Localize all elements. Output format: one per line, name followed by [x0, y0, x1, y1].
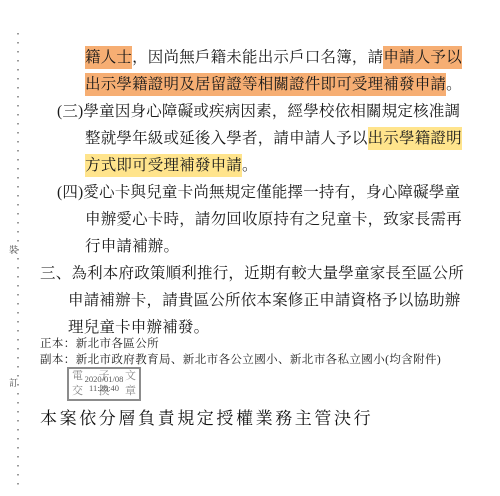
text-segment: ，因尚無戶籍未能出示戶口名簿，請	[132, 49, 383, 66]
body-line: (三)學童因身心障礙或疾病因素，經學校依相關規定核准調	[57, 98, 500, 125]
original-recipient-line: 正本：新北市各區公所	[40, 337, 441, 353]
binding-mark-ding: 訂	[9, 379, 18, 388]
body-line: (四)愛心卡與兒童卡尚無規定僅能擇一持有，身心障礙學童	[57, 179, 500, 206]
text-segment: 行申請補辦。	[85, 238, 179, 255]
highlight-orange: 出示學籍證明及居留證等相關證件即可受理補發申請	[85, 73, 446, 96]
body-line: 整就學年級或延後入學者，請申請人予以出示學籍證明	[85, 125, 500, 152]
text-segment: 申辦愛心卡時，請勿回收原持有之兒童卡，致家長需再	[85, 211, 462, 228]
body-line: 籍人士，因尚無戶籍未能出示戶口名簿，請申請人予以	[85, 44, 500, 71]
body-line: 申請補辦卡，請貴區公所依本案修正申請資格予以協助辦	[68, 287, 500, 314]
text-segment: 理兒童卡申辦補發。	[68, 319, 209, 336]
body-text: 籍人士，因尚無戶籍未能出示戶口名簿，請申請人予以出示學籍證明及居留證等相關證件即…	[0, 44, 500, 341]
text-segment: (三)學童因身心障礙或疾病因素，經學校依相關規定核准調	[57, 103, 460, 120]
text-segment: 整就學年級或延後入學者，請申請人予以	[85, 130, 368, 147]
recipients-block: 正本：新北市各區公所 副本：新北市政府教育局、新北市各公立國小、新北市各私立國小…	[40, 337, 441, 368]
copy-recipient-line: 副本：新北市政府教育局、新北市各公立國小、新北市各私立國小(均含附件)	[40, 353, 441, 369]
stamp-datetime: 2020/01/08 11:28:40	[69, 369, 139, 399]
document-page: 裝 訂 籍人士，因尚無戶籍未能出示戶口名簿，請申請人予以出示學籍證明及居留證等相…	[0, 0, 500, 496]
text-segment: 三、為利本府政策順利推行，近期有較大量學童家長至區公所	[40, 265, 464, 282]
body-line: 三、為利本府政策順利推行，近期有較大量學童家長至區公所	[40, 260, 500, 287]
electronic-exchange-stamp: 電 子 文 交 換 章 2020/01/08 11:28:40	[67, 367, 141, 401]
body-line: 方式即可受理補發申請。	[85, 152, 500, 179]
text-segment: 。	[446, 76, 462, 93]
decision-authority-line: 本案依分層負責規定授權業務主管決行	[40, 404, 373, 429]
highlight-yellow: 出示學籍證明	[368, 127, 462, 150]
text-segment: (四)愛心卡與兒童卡尚無規定僅能擇一持有，身心障礙學童	[57, 184, 460, 201]
text-segment: 。	[242, 157, 258, 174]
body-line: 行申請補辦。	[85, 233, 500, 260]
text-segment: 申請補辦卡，請貴區公所依本案修正申請資格予以協助辦	[68, 292, 461, 309]
stamp-time: 11:28:40	[89, 384, 119, 393]
highlight-yellow: 方式即可受理補發申請	[85, 154, 242, 177]
body-line: 申辦愛心卡時，請勿回收原持有之兒童卡，致家長需再	[85, 206, 500, 233]
body-line: 出示學籍證明及居留證等相關證件即可受理補發申請。	[85, 71, 500, 98]
highlight-orange: 申請人予以	[383, 46, 462, 69]
highlight-orange: 籍人士	[85, 46, 132, 69]
